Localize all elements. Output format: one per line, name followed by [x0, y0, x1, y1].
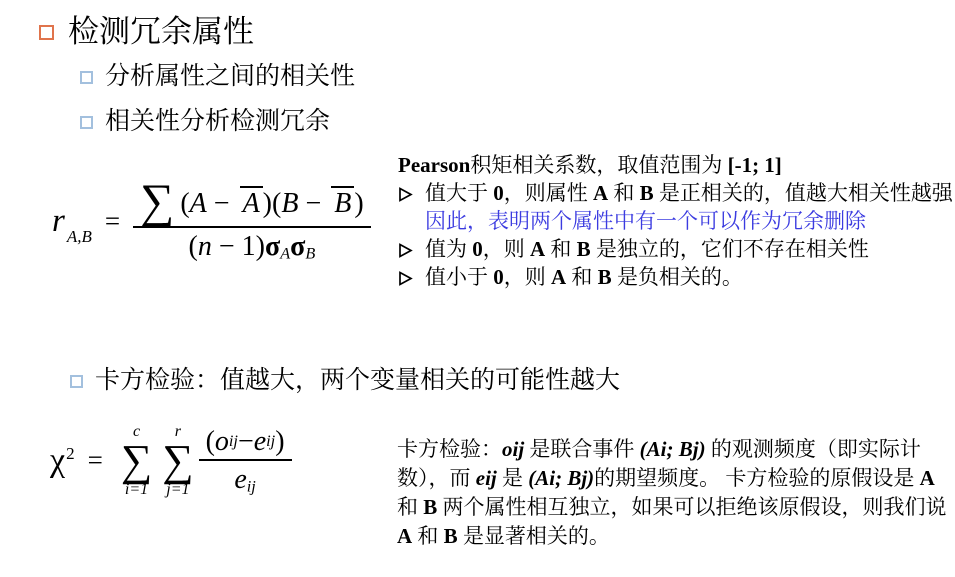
- note-item-text: 值小于 0，则 A 和 B 是负相关的。: [425, 265, 743, 289]
- note-item-text: 值为 0，则 A 和 B 是独立的，它们不存在相关性: [425, 237, 869, 261]
- summation-icon: ∑: [121, 440, 152, 482]
- pearson-note-item-positive: 值大于 0，则属性 A 和 B 是正相关的，值越大相关性越强 因此，表明两个属性…: [398, 179, 954, 235]
- formula-lhs: rA,B: [52, 205, 92, 238]
- pearson-formula: rA,B = ∑ (A − A)(B − B) (n − 1)σAσB: [52, 182, 371, 262]
- fraction-numerator: (oij − eij): [199, 428, 292, 459]
- sum-lower-limit: j=1: [166, 482, 189, 498]
- sub-bullet-square-icon: [80, 71, 93, 84]
- fraction-denominator: (n − 1)σAσB: [189, 228, 316, 262]
- note-item-text: 值大于 0，则属性 A 和 B 是正相关的，值越大相关性越强: [425, 181, 953, 205]
- sum-lower-limit: i=1: [125, 482, 148, 498]
- chi-symbol: χ: [50, 442, 65, 479]
- page-title: 检测冗余属性: [68, 14, 254, 50]
- pearson-note-header: Pearson积矩相关系数，取值范围为 [-1; 1]: [398, 151, 954, 179]
- bullet-label: 卡方检验：值越大，两个变量相关的可能性越大: [95, 366, 620, 396]
- pearson-note: Pearson积矩相关系数，取值范围为 [-1; 1] 值大于 0，则属性 A …: [398, 151, 954, 291]
- summation-over-j: r ∑ j=1: [162, 424, 193, 498]
- slide-root: 检测冗余属性 分析属性之间的相关性 相关性分析检测冗余 rA,B = ∑ (A …: [0, 0, 955, 577]
- redundancy-removal-note: 因此，表明两个属性中有一个可以作为冗余删除: [425, 207, 954, 235]
- fraction: (oij − eij) eij: [199, 428, 292, 495]
- numerator-expression: (A − A)(B − B): [180, 186, 363, 218]
- pearson-note-item-independent: 值为 0，则 A 和 B 是独立的，它们不存在相关性: [398, 235, 954, 263]
- fraction-denominator: eij: [234, 461, 255, 495]
- title-bullet-square-icon: [39, 25, 54, 40]
- formula-lhs: χ2: [50, 444, 75, 478]
- bullet-item-chi-square: 卡方检验：值越大，两个变量相关的可能性越大: [70, 366, 620, 396]
- fraction: ∑ (A − A)(B − B) (n − 1)σAσB: [133, 182, 371, 262]
- summation-icon: ∑: [140, 182, 174, 223]
- bullet-label: 分析属性之间的相关性: [105, 62, 355, 92]
- arrow-bullet-icon: [398, 269, 413, 290]
- chi-exponent: 2: [66, 444, 75, 463]
- equals-sign: =: [105, 208, 120, 235]
- chi-square-note: 卡方检验：oij 是联合事件 (Ai; Bj) 的观测频度（即实际计数），而 e…: [397, 435, 953, 551]
- sub-bullet-square-icon: [70, 375, 83, 388]
- formula-lhs-symbol: r: [52, 203, 65, 239]
- sub-bullet-square-icon: [80, 116, 93, 129]
- title-row: 检测冗余属性: [39, 14, 254, 50]
- formula-lhs-subscript: A,B: [67, 227, 92, 246]
- summation-icon: ∑: [162, 440, 193, 482]
- equals-sign: =: [88, 447, 103, 474]
- arrow-bullet-icon: [398, 185, 413, 206]
- pearson-note-item-negative: 值小于 0，则 A 和 B 是负相关的。: [398, 263, 954, 291]
- summation-over-i: c ∑ i=1: [121, 424, 152, 498]
- chi-square-formula: χ2 = c ∑ i=1 r ∑ j=1 (oij − eij) eij: [50, 424, 292, 498]
- bullet-label: 相关性分析检测冗余: [105, 107, 330, 137]
- fraction-numerator: ∑ (A − A)(B − B): [133, 182, 371, 226]
- bullet-item-correlation: 分析属性之间的相关性: [80, 62, 355, 92]
- arrow-bullet-icon: [398, 241, 413, 262]
- bullet-item-redundancy: 相关性分析检测冗余: [80, 107, 330, 137]
